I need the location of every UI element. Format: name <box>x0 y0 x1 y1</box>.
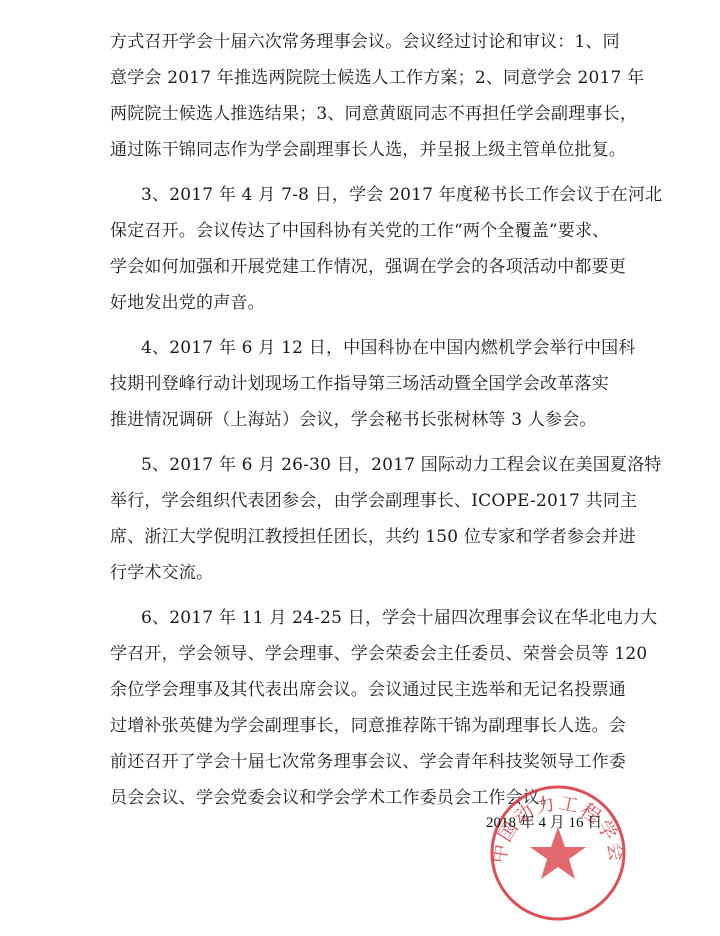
text-line: 行学术交流。 <box>110 562 610 584</box>
document-page: 方式召开学会十届六次常务理事会议。会议经过讨论和审议：1、同 意学会 2017 … <box>0 0 720 936</box>
paragraph-6-start: 6、2017 年 11 月 24-25 日，学会十届四次理事会议在华北电力大 <box>141 607 611 629</box>
text-line: 方式召开学会十届六次常务理事会议。会议经过讨论和审议：1、同 <box>110 31 610 53</box>
text-line: 好地发出党的声音。 <box>110 292 610 314</box>
text-line: 举行，学会组织代表团参会，由学会副理事长、ICOPE-2017 共同主 <box>110 490 610 512</box>
text-line: 席、浙江大学倪明江教授担任团长，共约 150 位专家和学者参会并进 <box>110 526 610 548</box>
text-line: 过增补张英健为学会副理事长，同意推荐陈干锦为副理事长人选。会 <box>110 715 610 737</box>
paragraph-4-start: 4、2017 年 6 月 12 日，中国科协在中国内燃机学会举行中国科 <box>141 337 611 359</box>
official-seal: 中国动力工程学会 <box>488 783 628 923</box>
text-line: 推进情况调研（上海站）会议，学会秘书长张树林等 3 人参会。 <box>110 409 610 431</box>
text-line: 两院院士候选人推选结果；3、同意黄瓯同志不再担任学会副理事长， <box>110 103 610 125</box>
paragraph-5-start: 5、2017 年 6 月 26-30 日，2017 国际动力工程会议在美国夏洛特 <box>141 454 611 476</box>
document-date: 2018 年 4 月 16 日 <box>486 811 602 832</box>
text-line: 学会如何加强和开展党建工作情况，强调在学会的各项活动中都要更 <box>110 256 610 278</box>
text-line: 学召开，学会领导、学会理事、学会荣委会主任委员、荣誉会员等 120 <box>110 643 610 665</box>
star-icon <box>530 827 586 879</box>
text-line: 余位学会理事及其代表出席会议。会议通过民主选举和无记名投票通 <box>110 679 610 701</box>
paragraph-3-start: 3、2017 年 4 月 7-8 日，学会 2017 年度秘书长工作会议于在河北 <box>141 184 611 206</box>
text-line: 通过陈干锦同志作为学会副理事长人选，并呈报上级主管单位批复。 <box>110 139 610 161</box>
text-line: 前还召开了学会十届七次常务理事会议、学会青年科技奖领导工作委 <box>110 751 610 773</box>
text-line: 意学会 2017 年推选两院院士候选人工作方案；2、同意学会 2017 年 <box>110 67 610 89</box>
text-line: 保定召开。会议传达了中国科协有关党的工作“两个全覆盖”要求、 <box>110 220 610 242</box>
text-line: 技期刊登峰行动计划现场工作指导第三场活动暨全国学会改革落实 <box>110 373 610 395</box>
